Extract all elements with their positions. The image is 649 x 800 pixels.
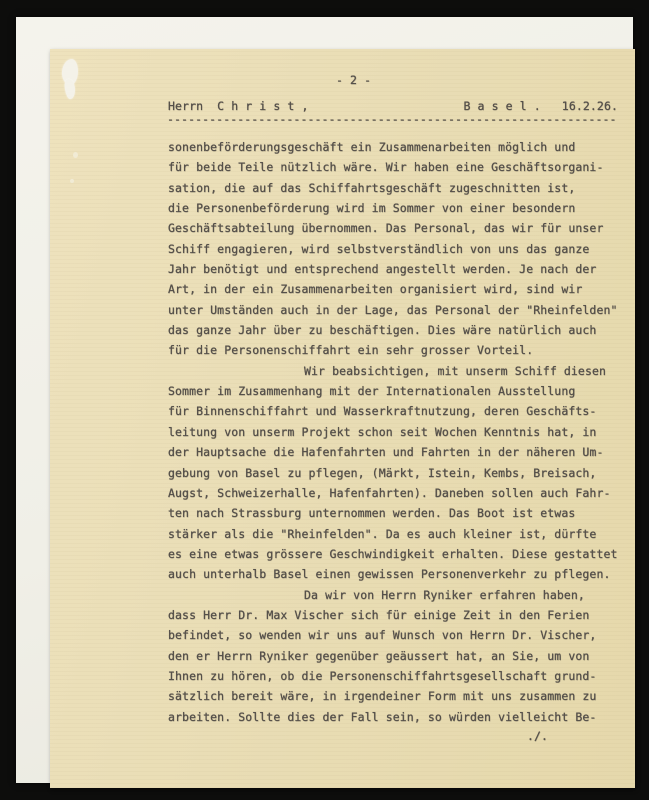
text-line: befindet, so wenden wir uns auf Wunsch v… [168,625,620,645]
scan-background: { "colors": { "background_color": "#0d0d… [0,0,649,800]
text-line: unter Umständen auch in der Lage, das Pe… [168,300,620,320]
text-line: Augst, Schweizerhalle, Hafenfahrten). Da… [168,483,620,503]
text-line: sätzlich bereit wäre, in irgendeiner For… [168,686,620,706]
text-line: sation, die auf das Schiffahrtsgeschäft … [168,178,620,198]
text-line: Geschäftsabteilung übernommen. Das Perso… [168,218,620,238]
text-line: leitung von unserm Projekt schon seit Wo… [168,422,620,442]
text-line: Schiff engagieren, wird selbstverständli… [168,239,620,259]
text-line: Da wir von Herrn Ryniker erfahren haben, [168,585,620,605]
text-line: Jahr benötigt und entsprechend angestell… [168,259,620,279]
text-line: für die Personenschiffahrt ein sehr gros… [168,340,620,360]
photo-mat: - 2 - Herrn C h r i s t , B a s e l . 16… [16,17,633,783]
text-line: Sommer im Zusammenhang mit der Internati… [168,381,620,401]
continuation-mark: ./. [527,729,548,743]
text-line: das ganze Jahr über zu beschäftigen. Die… [168,320,620,340]
paper-speck [73,152,78,158]
letter-body: sonenbeförderungsgeschäft ein Zusammenar… [168,137,620,727]
text-line: auch unterhalb Basel einen gewissen Pers… [168,564,620,584]
addressee-line: Herrn C h r i s t , [168,99,308,113]
text-line: ten nach Strassburg unternommen werden. … [168,503,620,523]
text-line: sonenbeförderungsgeschäft ein Zusammenar… [168,137,620,157]
text-line: arbeiten. Sollte dies der Fall sein, so … [168,707,620,727]
text-line: dass Herr Dr. Max Vischer sich für einig… [168,605,620,625]
document-page: - 2 - Herrn C h r i s t , B a s e l . 16… [50,49,635,788]
text-line: den er Herrn Ryniker gegenüber geäussert… [168,646,620,666]
letter-header: Herrn C h r i s t , B a s e l . 16.2.26. [168,99,618,113]
text-line: für Binnenschiffahrt und Wasserkraftnutz… [168,401,620,421]
text-line: gebung von Basel zu pflegen, (Märkt, Ist… [168,463,620,483]
header-divider-dashes: ----------------------------------------… [167,112,619,126]
place-date-line: B a s e l . 16.2.26. [463,99,618,113]
text-line: stärker als die "Rheinfelden". Da es auc… [168,524,620,544]
page-number: - 2 - [336,73,371,87]
text-line: Art, in der ein Zusammenarbeiten organis… [168,279,620,299]
text-line: für beide Teile nützlich wäre. Wir haben… [168,157,620,177]
text-line: der Hauptsache die Hafenfahrten und Fahr… [168,442,620,462]
text-line: es eine etwas grössere Geschwindigkeit e… [168,544,620,564]
paper-speck [70,179,74,183]
text-line: Ihnen zu hören, ob die Personenschiffahr… [168,666,620,686]
text-line: die Personenbeförderung wird im Sommer v… [168,198,620,218]
text-line: Wir beabsichtigen, mit unserm Schiff die… [168,361,620,381]
